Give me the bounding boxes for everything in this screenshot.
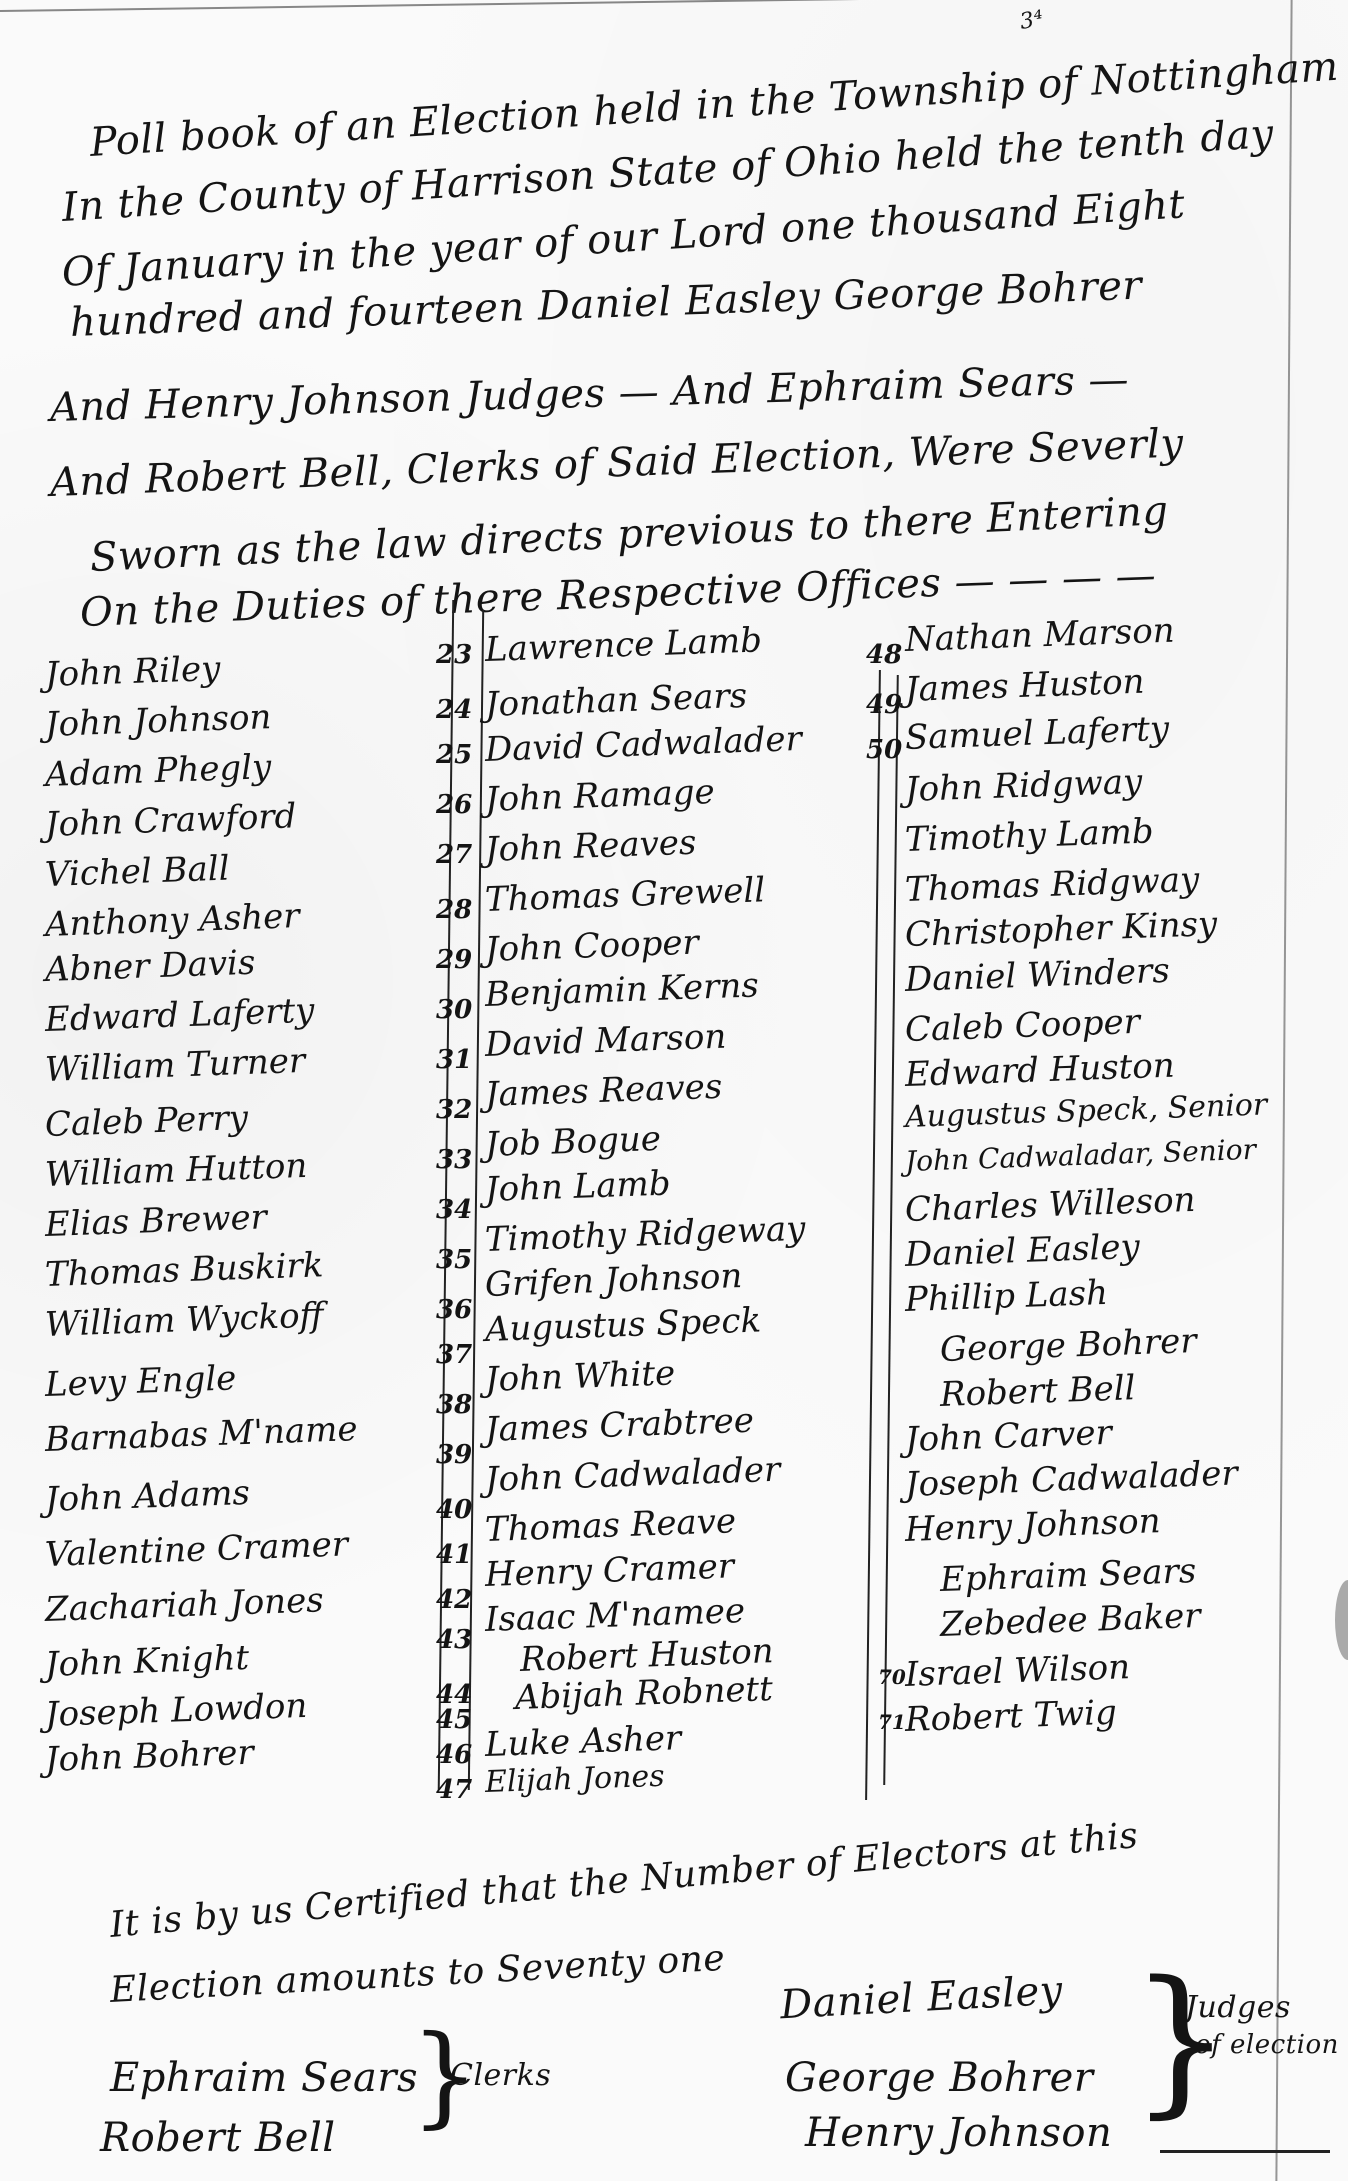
- voter-number: 39: [436, 1440, 472, 1470]
- voter-name: Thomas Buskirk: [44, 1245, 324, 1295]
- voter-name: William Hutton: [44, 1146, 308, 1195]
- voter-name: William Turner: [44, 1041, 306, 1090]
- voter-number: 42: [436, 1585, 472, 1615]
- voter-number: 38: [436, 1390, 472, 1420]
- voter-name: Levy Engle: [44, 1358, 237, 1405]
- voter-number: 35: [436, 1245, 472, 1275]
- voter-name: Thomas Reave: [484, 1501, 736, 1550]
- voter-name: Thomas Grewell: [484, 870, 766, 920]
- voter-name: Robert Bell: [939, 1368, 1136, 1415]
- voter-name: Henry Johnson: [904, 1501, 1161, 1550]
- voter-name: Grifen Johnson: [484, 1256, 743, 1305]
- voter-name: John Reaves: [484, 823, 697, 870]
- voter-name: John Knight: [44, 1638, 249, 1685]
- voter-name: James Crabtree: [484, 1401, 754, 1450]
- voter-name: Abner Davis: [44, 943, 256, 990]
- judge-signature: Daniel Easley: [779, 1968, 1064, 2029]
- voter-name: David Cadwalader: [484, 719, 802, 770]
- poll-book-page: 3⁴ Poll book of an Election held in the …: [0, 0, 1348, 2181]
- clerks-label: Clerks: [450, 2058, 551, 2093]
- voter-number: 49: [866, 690, 902, 720]
- page-edge-rule: [0, 0, 1300, 12]
- voter-name: Luke Asher: [484, 1718, 682, 1765]
- voter-name: Zachariah Jones: [44, 1580, 324, 1630]
- certification-line-2: Election amounts to Seventy one: [109, 1938, 726, 2011]
- voter-name: Timothy Ridgeway: [484, 1209, 806, 1260]
- voter-name: Joseph Lowdon: [44, 1686, 308, 1735]
- voter-name: John Ridgway: [904, 762, 1143, 810]
- judges-label: of election: [1195, 2030, 1339, 2060]
- voter-number: 24: [436, 695, 472, 725]
- voter-number: 46: [436, 1740, 472, 1770]
- voter-name: Abijah Robnett: [514, 1669, 773, 1718]
- voter-name: James Reaves: [484, 1067, 723, 1115]
- voter-name: Edward Laferty: [44, 991, 315, 1040]
- page-margin-rule: [1275, 0, 1292, 2181]
- voter-number: 43: [436, 1625, 472, 1655]
- voter-number: 50: [866, 735, 902, 765]
- certification-line-1: It is by us Certified that the Number of…: [108, 1815, 1140, 1946]
- voter-number: 30: [436, 995, 472, 1025]
- voter-name: Augustus Speck: [484, 1300, 761, 1350]
- voter-name: Charles Willeson: [904, 1180, 1196, 1230]
- heading-line: And Robert Bell, Clerks of Said Election…: [49, 420, 1184, 506]
- voter-number: 36: [436, 1295, 472, 1325]
- voter-name: Timothy Lamb: [904, 811, 1154, 860]
- heading-line: And Henry Johnson Judges — And Ephraim S…: [49, 357, 1129, 431]
- voter-name: Zebedee Baker: [939, 1596, 1201, 1645]
- voter-name: Nathan Marson: [904, 611, 1175, 660]
- clerk-signature: Robert Bell: [100, 2115, 336, 2161]
- voter-name: George Bohrer: [939, 1321, 1197, 1370]
- voter-number: 31: [436, 1045, 472, 1075]
- voter-name: John Lamb: [484, 1164, 671, 1210]
- judge-signature: Henry Johnson: [805, 2110, 1112, 2156]
- voter-number: 45: [436, 1705, 472, 1735]
- voter-number: 23: [436, 640, 472, 670]
- voter-name: Thomas Ridgway: [904, 860, 1200, 910]
- voter-number: 28: [436, 895, 472, 925]
- voter-name: John Carver: [904, 1413, 1112, 1460]
- signature-underline: [1160, 2150, 1330, 2153]
- voter-name: John Cadwalader: [484, 1450, 781, 1500]
- voter-name: Robert Twig: [904, 1693, 1117, 1740]
- voter-name: Samuel Laferty: [904, 709, 1169, 758]
- voter-number: 29: [436, 945, 472, 975]
- voter-name: Job Bogue: [484, 1119, 661, 1165]
- voter-name: Elijah Jones: [484, 1759, 665, 1800]
- voter-number: 32: [436, 1095, 472, 1125]
- voter-name: Benjamin Kerns: [484, 965, 759, 1015]
- voter-number: 26: [436, 790, 472, 820]
- voter-name: Jonathan Sears: [484, 676, 747, 725]
- voter-number: 47: [436, 1775, 472, 1805]
- voter-name: John Cooper: [484, 923, 699, 970]
- judge-signature: George Bohrer: [785, 2055, 1093, 2101]
- binding-blot: [1335, 1580, 1348, 1660]
- voter-name: Henry Cramer: [484, 1546, 734, 1595]
- corner-page-mark: 3⁴: [1018, 6, 1046, 35]
- voter-name: Elias Brewer: [44, 1197, 267, 1245]
- voter-number: 41: [436, 1540, 472, 1570]
- voter-name: John Ramage: [484, 772, 715, 820]
- voter-name: John Cadwaladar, Senior: [904, 1133, 1256, 1178]
- voter-number: 71: [878, 1710, 906, 1734]
- voter-name: James Huston: [904, 662, 1145, 710]
- voter-number: 33: [436, 1145, 472, 1175]
- voter-name: Vichel Ball: [44, 849, 230, 895]
- voter-name: Phillip Lash: [904, 1273, 1108, 1320]
- voter-name: Christopher Kinsy: [904, 904, 1218, 955]
- voter-number: 34: [436, 1195, 472, 1225]
- voter-name: Caleb Cooper: [904, 1002, 1140, 1050]
- voter-number: 27: [436, 840, 472, 870]
- judges-label: Judges: [1185, 1990, 1291, 2025]
- voter-name: John Riley: [44, 649, 221, 695]
- voter-name: Ephraim Sears: [939, 1551, 1197, 1600]
- voter-name: John Crawford: [44, 796, 297, 845]
- column-rule: [883, 675, 899, 1785]
- voter-name: John White: [484, 1353, 675, 1400]
- voter-number: 25: [436, 740, 472, 770]
- voter-name: Joseph Cadwalader: [904, 1453, 1238, 1505]
- voter-number: 70: [878, 1665, 906, 1689]
- column-rule: [865, 670, 881, 1800]
- voter-number: 40: [436, 1495, 472, 1525]
- voter-name: John Adams: [44, 1473, 250, 1520]
- voter-name: Lawrence Lamb: [484, 620, 762, 670]
- voter-name: Adam Phegly: [44, 747, 272, 795]
- voter-name: Anthony Asher: [44, 896, 300, 945]
- voter-name: Valentine Cramer: [44, 1524, 348, 1575]
- voter-name: John Bohrer: [44, 1733, 254, 1780]
- voter-name: Daniel Easley: [904, 1227, 1140, 1275]
- voter-number: 37: [436, 1340, 472, 1370]
- clerk-signature: Ephraim Sears: [110, 2055, 418, 2101]
- voter-name: David Marson: [484, 1017, 727, 1065]
- voter-name: Barnabas M'name: [44, 1409, 358, 1460]
- voter-name: Edward Huston: [904, 1046, 1175, 1095]
- voter-number: 48: [866, 640, 902, 670]
- voter-name: Caleb Perry: [44, 1098, 248, 1145]
- voter-name: Daniel Winders: [904, 951, 1170, 1000]
- voter-name: William Wyckoff: [44, 1295, 324, 1345]
- voter-name: Israel Wilson: [904, 1647, 1130, 1695]
- voter-name: Augustus Speck, Senior: [904, 1087, 1267, 1135]
- voter-name: John Johnson: [44, 697, 272, 745]
